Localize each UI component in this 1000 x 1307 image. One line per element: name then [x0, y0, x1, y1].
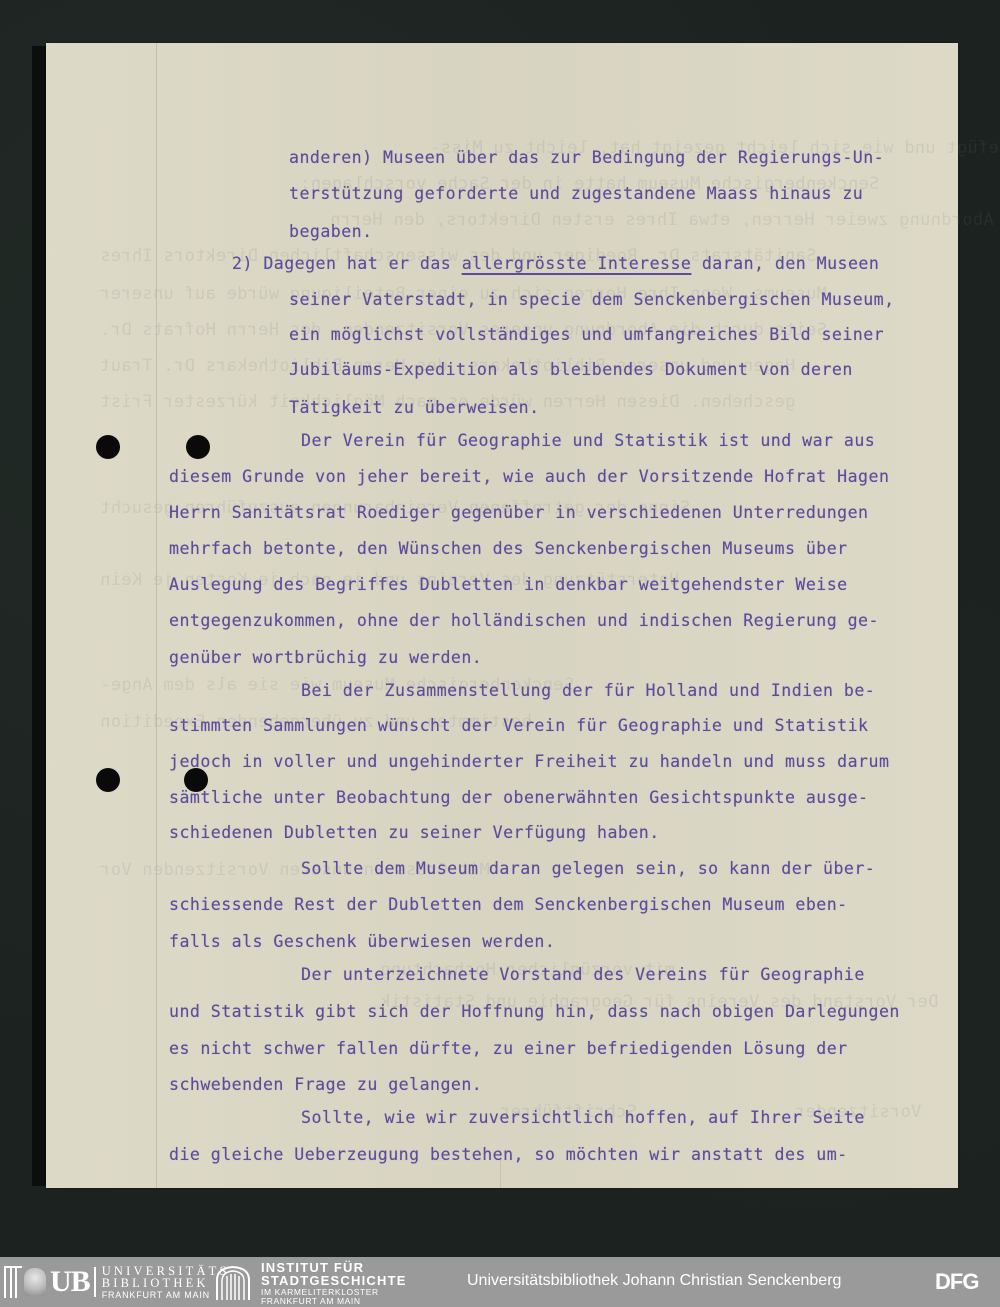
isg-line2: STADTGESCHICHTE — [261, 1274, 407, 1287]
library-name-link[interactable]: Universitätsbibliothek Johann Christian … — [467, 1272, 841, 1290]
text-line: Der unterzeichnete Vorstand des Vereins … — [301, 967, 865, 984]
page-edge-shadow — [32, 46, 47, 1186]
text-line-underlined: 2) Dagegen hat er das allergrösste Inter… — [232, 256, 879, 273]
isg-line1: INSTITUT FÜR — [261, 1261, 407, 1274]
footer-bar: UB UNIVERSITÄTS BIBLIOTHEK FRANKFURT AM … — [0, 1257, 1000, 1307]
text-line: und Statistik gibt sich der Hoffnung hin… — [169, 1004, 900, 1021]
isg-logo-text: INSTITUT FÜR STADTGESCHICHTE IM KARMELIT… — [261, 1261, 407, 1306]
isg-line4: FRANKFURT AM MAIN — [261, 1297, 407, 1306]
text-line: es nicht schwer fallen dürfte, zu einer … — [169, 1041, 848, 1058]
text-line: genüber wortbrüchig zu werden. — [169, 650, 482, 667]
logo-divider — [94, 1267, 96, 1297]
text-line: Herrn Sanitätsrat Roediger gegenüber in … — [169, 505, 869, 522]
text-line: seiner Vaterstadt, in specie dem Sencken… — [289, 292, 895, 309]
text-line: terstützung geforderte und zugestandene … — [289, 186, 863, 203]
dfg-logo[interactable]: DFG — [935, 1269, 978, 1295]
text-line: stimmten Sammlungen wünscht der Verein f… — [169, 718, 869, 735]
text-line: schiedenen Dubletten zu seiner Verfügung… — [169, 825, 660, 842]
text-line: diesem Grunde von jeher bereit, wie auch… — [169, 469, 889, 486]
text-line: mehrfach betonte, den Wünschen des Senck… — [169, 541, 848, 558]
text-line: Bei der Zusammenstellung der für Holland… — [301, 683, 875, 700]
ub-logo-text: UNIVERSITÄTS BIBLIOTHEK FRANKFURT AM MAI… — [102, 1265, 230, 1300]
ub-line2: BIBLIOTHEK — [102, 1277, 230, 1290]
text-line: schwebenden Frage zu gelangen. — [169, 1077, 482, 1094]
isg-line3: IM KARMELITERKLOSTER — [261, 1288, 407, 1297]
text-segment: 2) Dagegen hat er das — [232, 254, 462, 273]
institut-stadtgeschichte-logo[interactable]: INSTITUT FÜR STADTGESCHICHTE IM KARMELIT… — [213, 1265, 407, 1301]
text-line: Sollte dem Museum daran gelegen sein, so… — [301, 861, 875, 878]
text-line: Sollte, wie wir zuversichtlich hoffen, a… — [301, 1110, 865, 1127]
gothic-arch-icon — [213, 1266, 253, 1300]
text-line: Auslegung des Begriffes Dubletten in den… — [169, 577, 848, 594]
portrait-icon — [24, 1268, 46, 1296]
text-line: sämtliche unter Beobachtung der obenerwä… — [169, 790, 869, 807]
pillars-icon — [4, 1266, 22, 1298]
text-line: Jubiläums-Expedition als bleibendes Doku… — [289, 362, 853, 379]
text-line: die gleiche Ueberzeugung bestehen, so mö… — [169, 1147, 848, 1164]
ub-line3: FRANKFURT AM MAIN — [102, 1291, 230, 1300]
text-line: anderen) Museen über das zur Bedingung d… — [289, 150, 884, 167]
text-line: begaben. — [289, 224, 373, 241]
punch-hole — [96, 435, 120, 459]
punch-hole — [96, 768, 120, 792]
ub-frankfurt-logo[interactable]: UB UNIVERSITÄTS BIBLIOTHEK FRANKFURT AM … — [4, 1265, 230, 1299]
text-line: entgegenzukommen, ohne der holländischen… — [169, 613, 879, 630]
punch-hole — [186, 435, 210, 459]
text-line: jedoch in voller und ungehinderter Freih… — [169, 754, 889, 771]
text-line: ein möglichst vollständiges und umfangre… — [289, 327, 884, 344]
text-line: falls als Geschenk überwiesen werden. — [169, 934, 555, 951]
ub-letters: UB — [50, 1267, 90, 1297]
fold-line — [156, 43, 157, 1188]
text-line: Der Verein für Geographie und Statistik … — [301, 433, 875, 450]
text-line: Tätigkeit zu überweisen. — [289, 400, 540, 417]
text-line: schiessende Rest der Dubletten dem Senck… — [169, 897, 848, 914]
underlined-emphasis: allergrösste Interesse — [462, 254, 692, 273]
text-segment: daran, den Museen — [691, 254, 879, 273]
